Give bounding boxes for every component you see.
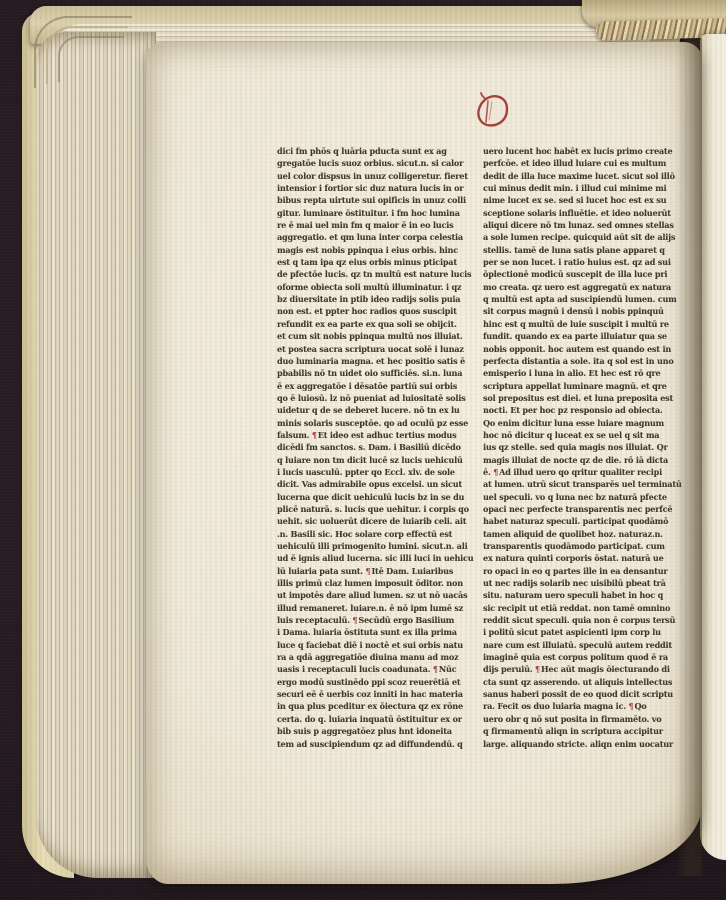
text-line: illis primū claz lumen imposuit ōditor. … <box>277 578 468 590</box>
text-line: sol prepositus est diei. et luna preposi… <box>483 393 684 405</box>
text-line: ergo modū sustinēdo ppi scoz reuerētiā e… <box>277 677 468 689</box>
text-line: i politū sicut patet aspicienti ipm corp… <box>483 627 684 639</box>
gutter-shadow <box>676 38 702 876</box>
text-column-left: dici fm phōs q luāria pducta sunt ex agg… <box>277 146 480 751</box>
text-line: cui minus dedit min. i illud cui minime … <box>483 183 684 195</box>
text-line: gregatōe lucis suoz orbius. sicut.n. si … <box>277 158 468 170</box>
text-line: et cum sit nobis ppinqua multū nos illui… <box>277 331 468 343</box>
text-line: uehiculū illi primogenito lumini. sicut.… <box>277 541 468 553</box>
rubric-pilcrow: ¶ <box>352 616 358 626</box>
text-line: uero lucent hoc habēt ex lucis primo cre… <box>483 146 684 158</box>
text-line: qo ē luiosū. lz nō pueniat ad luiositatē… <box>277 393 468 405</box>
text-line: large. aliquando stricte. aliqn enim uoc… <box>483 739 684 751</box>
text-line: dijs peruiū. ¶Hec aūt magis ōiecturando … <box>483 664 684 676</box>
text-line: hinc est q multū de luie suscipit i mult… <box>483 319 684 331</box>
text-line: pbabilis nō tn uidet oio sufficiēs. si.n… <box>277 368 468 380</box>
letter-d-rubric-icon <box>472 90 514 134</box>
text-line: ut impotēs dare aliud lumen. sz ut nō ua… <box>277 590 468 602</box>
text-line: uehit. sic uoluerūt dicere de luiarib ce… <box>277 516 468 528</box>
text-line: re ē mai uel min fm q maior ē in eo luci… <box>277 220 468 232</box>
text-line: lucerna que dicit uehiculū lucis bz in s… <box>277 492 468 504</box>
text-line: transparentis quodāmodo participat. cum <box>483 541 684 553</box>
text-line: per se non lucet. i ratio huius est. qz … <box>483 257 684 269</box>
text-line: non est. et ppter hoc radios quos suscip… <box>277 306 468 318</box>
text-line: scriptura appellat luminare magnū. et qr… <box>483 381 684 393</box>
text-line: magis illuiat de nocte qz de die. rō iā … <box>483 455 684 467</box>
rubric-pilcrow: ¶ <box>535 665 541 675</box>
text-line: refundit ex ea parte ex qua soli se obij… <box>277 319 468 331</box>
text-line: a sole lumen recipe. quicquid aūt sit de… <box>483 232 684 244</box>
text-line: dicēdi fm sanctos. s. Dam. i Basiliū dic… <box>277 442 468 454</box>
text-line: illud remaneret. luiare.n. ē nō ipm lumē… <box>277 603 468 615</box>
text-line: habet naturaz speculi. participat quodām… <box>483 516 684 528</box>
text-line: dicit. Vas admirabile opus excelsi. un s… <box>277 479 468 491</box>
text-line: et postea sacra scriptura uocat solē i l… <box>277 344 468 356</box>
text-line: nobis opponit. hoc autem est quando est … <box>483 344 684 356</box>
text-line: tem ad suscipiendum qz ad diffundendū. q <box>277 739 468 751</box>
text-line: uidetur q de se deberet lucere. nō tn ex… <box>277 405 468 417</box>
text-line: duo luminaria magna. et hec positio sati… <box>277 356 468 368</box>
text-line: sit corpus magnū i densū i nobis ppinquū <box>483 306 684 318</box>
text-line: i Dama. luiaria ōstituta sunt ex illa pr… <box>277 627 468 639</box>
text-line: tamen aliquid de quolibet hoz. naturaz.n… <box>483 529 684 541</box>
rubric-pilcrow: ¶ <box>493 468 499 478</box>
text-line: situ. naturam uero speculi habet in hoc … <box>483 590 684 602</box>
text-line: q multū est apta ad suscipiendū lumen. c… <box>483 294 684 306</box>
text-line: luis receptaculū. ¶Secūdū ergo Basilium <box>277 615 468 627</box>
text-line: sic recipit ut etiā reddat. non tamē omn… <box>483 603 684 615</box>
rubric-pilcrow: ¶ <box>433 665 439 675</box>
text-line: hoc nō dicitur q luceat ex se uel q sit … <box>483 430 684 442</box>
text-line: nocti. Et per hoc pz responsio ad obiect… <box>483 405 684 417</box>
text-line: magis est nobis ppinqua i eius orbis. hi… <box>277 245 468 257</box>
text-line: ōplectionē modicū suscepit de illa luce … <box>483 269 684 281</box>
two-column-text-block: dici fm phōs q luāria pducta sunt ex agg… <box>277 146 697 751</box>
text-line: est q tam ipa qz eius orbis minus pticip… <box>277 257 468 269</box>
text-line: intensior i fortior sic duz natura lucis… <box>277 183 468 195</box>
text-line: luce q faciebat diē i noctē et sui orbis… <box>277 640 468 652</box>
text-line: imaginē quia est corpus politum quod ē r… <box>483 652 684 664</box>
text-line: ut nec radijs solarib nec uisibilū pbeat… <box>483 578 684 590</box>
text-line: ē ex aggregatōe i dēsatōe partiū sui orb… <box>277 381 468 393</box>
text-line: plicē naturā. s. lucis que uehitur. i co… <box>277 504 468 516</box>
text-line: minis solaris susceptōe. qo ad oculū pz … <box>277 418 468 430</box>
text-line: uasis i receptaculi lucis coadunata. ¶Nū… <box>277 664 468 676</box>
text-line: bz diuersitate in ptib ideo radijs solis… <box>277 294 468 306</box>
text-line: cta sunt qz asserendo. ut aliquis intell… <box>483 677 684 689</box>
text-line: securi eē ē uerbis coz inniti in hac mat… <box>277 689 468 701</box>
text-line: reddit sicut speculi. quia non ē corpus … <box>483 615 684 627</box>
text-line: ius qz stelle. sed quia magis nos illuia… <box>483 442 684 454</box>
rubric-pilcrow: ¶ <box>629 702 635 712</box>
text-line: falsum. ¶Et ideo est adhuc tertius modus <box>277 430 468 442</box>
text-line: certa. do q. luiaria inquatū ōstituitur … <box>277 714 468 726</box>
text-line: perfecta distantia a sole. ita q sol est… <box>483 356 684 368</box>
text-line: uero obr q nō sut posita in firmamēto. v… <box>483 714 684 726</box>
text-line: ro opaci in eo q partes ille in ea densa… <box>483 566 684 578</box>
text-line: ē. ¶Ad illud uero qo qritur qualiter rec… <box>483 467 684 479</box>
text-line: oforme obiecta soli multū illuminatur. i… <box>277 282 468 294</box>
text-line: uel speculi. vo q luna nec bz naturā pfe… <box>483 492 684 504</box>
text-line: ex natura quinti corporis ōstat. naturā … <box>483 553 684 565</box>
text-line: at lumen. utrū sicut transparēs uel term… <box>483 479 684 491</box>
rubric-pilcrow: ¶ <box>366 567 372 577</box>
stacked-leaf-corner-arc <box>58 36 124 82</box>
text-line: q luiare non tm dicit lucē sz lucis uehi… <box>277 455 468 467</box>
text-line: dici fm phōs q luāria pducta sunt ex ag <box>277 146 468 158</box>
text-line: gitur. luminare ōstituitur. i fm hoc lum… <box>277 208 468 220</box>
facing-recto-page-sliver <box>700 34 726 860</box>
text-line: opaci nec perfecte transparentis nec per… <box>483 504 684 516</box>
text-column-right: uero lucent hoc habēt ex lucis primo cre… <box>483 146 697 751</box>
text-line: ud ē ignis aliud lucerna. sic illi luci … <box>277 553 468 565</box>
verso-page: dici fm phōs q luāria pducta sunt ex agg… <box>146 42 702 884</box>
text-line: bib suis p aggregatōez plus hnt idoneita <box>277 726 468 738</box>
text-line: fundit. quando ex ea parte illuiatur qua… <box>483 331 684 343</box>
text-line: de pfectōe lucis. qz tn multū est nature… <box>277 269 468 281</box>
text-line: Qo enim dicitur luna esse luiare magnum <box>483 418 684 430</box>
rubric-pilcrow: ¶ <box>312 431 318 441</box>
text-line: aggregatio. et qm luna inter corpa celes… <box>277 232 468 244</box>
text-line: sceptione solaris influētie. et ideo nol… <box>483 208 684 220</box>
text-line: dedit de illa luce maxime lucet. sicut s… <box>483 171 684 183</box>
text-line: nime lucet ex se. sed si lucet hoc est e… <box>483 195 684 207</box>
text-line: uel color dispsus in unuz colligeretur. … <box>277 171 468 183</box>
red-quire-mark-ornament <box>472 90 514 134</box>
text-line: .n. Basili sic. Hoc solare corp effectū … <box>277 529 468 541</box>
text-line: i lucis uasculū. ppter qo Eccl. xlv. de … <box>277 467 468 479</box>
text-line: emisperio i luna in alio. Et hec est rō … <box>483 368 684 380</box>
page-stack-fore-edges <box>36 32 156 878</box>
text-line: bibus repta uirtute sui opificis in unuz… <box>277 195 468 207</box>
text-line: sanus haberi possit de eo quod dicit scr… <box>483 689 684 701</box>
text-line: ra. Fecit os duo luiaria magna ic. ¶Qo <box>483 701 684 713</box>
text-line: perfcōe. et ideo illud luiare cui es mul… <box>483 158 684 170</box>
text-line: lū luiaria pata sunt. ¶Itē Dam. Luiaribu… <box>277 566 468 578</box>
text-line: in qua plus pceditur ex ōiectura qz ex r… <box>277 701 468 713</box>
text-line: q firmamentū aliqn in scriptura accipitu… <box>483 726 684 738</box>
open-incunabulum-book-photo: dici fm phōs q luāria pducta sunt ex agg… <box>0 0 726 900</box>
text-line: aliqui dicere nō tm lunaz. sed omnes ste… <box>483 220 684 232</box>
text-line: nare cum est illuiatū. speculū autem red… <box>483 640 684 652</box>
text-line: mo creata. qz uero est aggregatū ex natu… <box>483 282 684 294</box>
text-line: ra a qdā aggregatiōe diuina manu ad moz <box>277 652 468 664</box>
text-line: stellis. tamē de luna satis plane appare… <box>483 245 684 257</box>
